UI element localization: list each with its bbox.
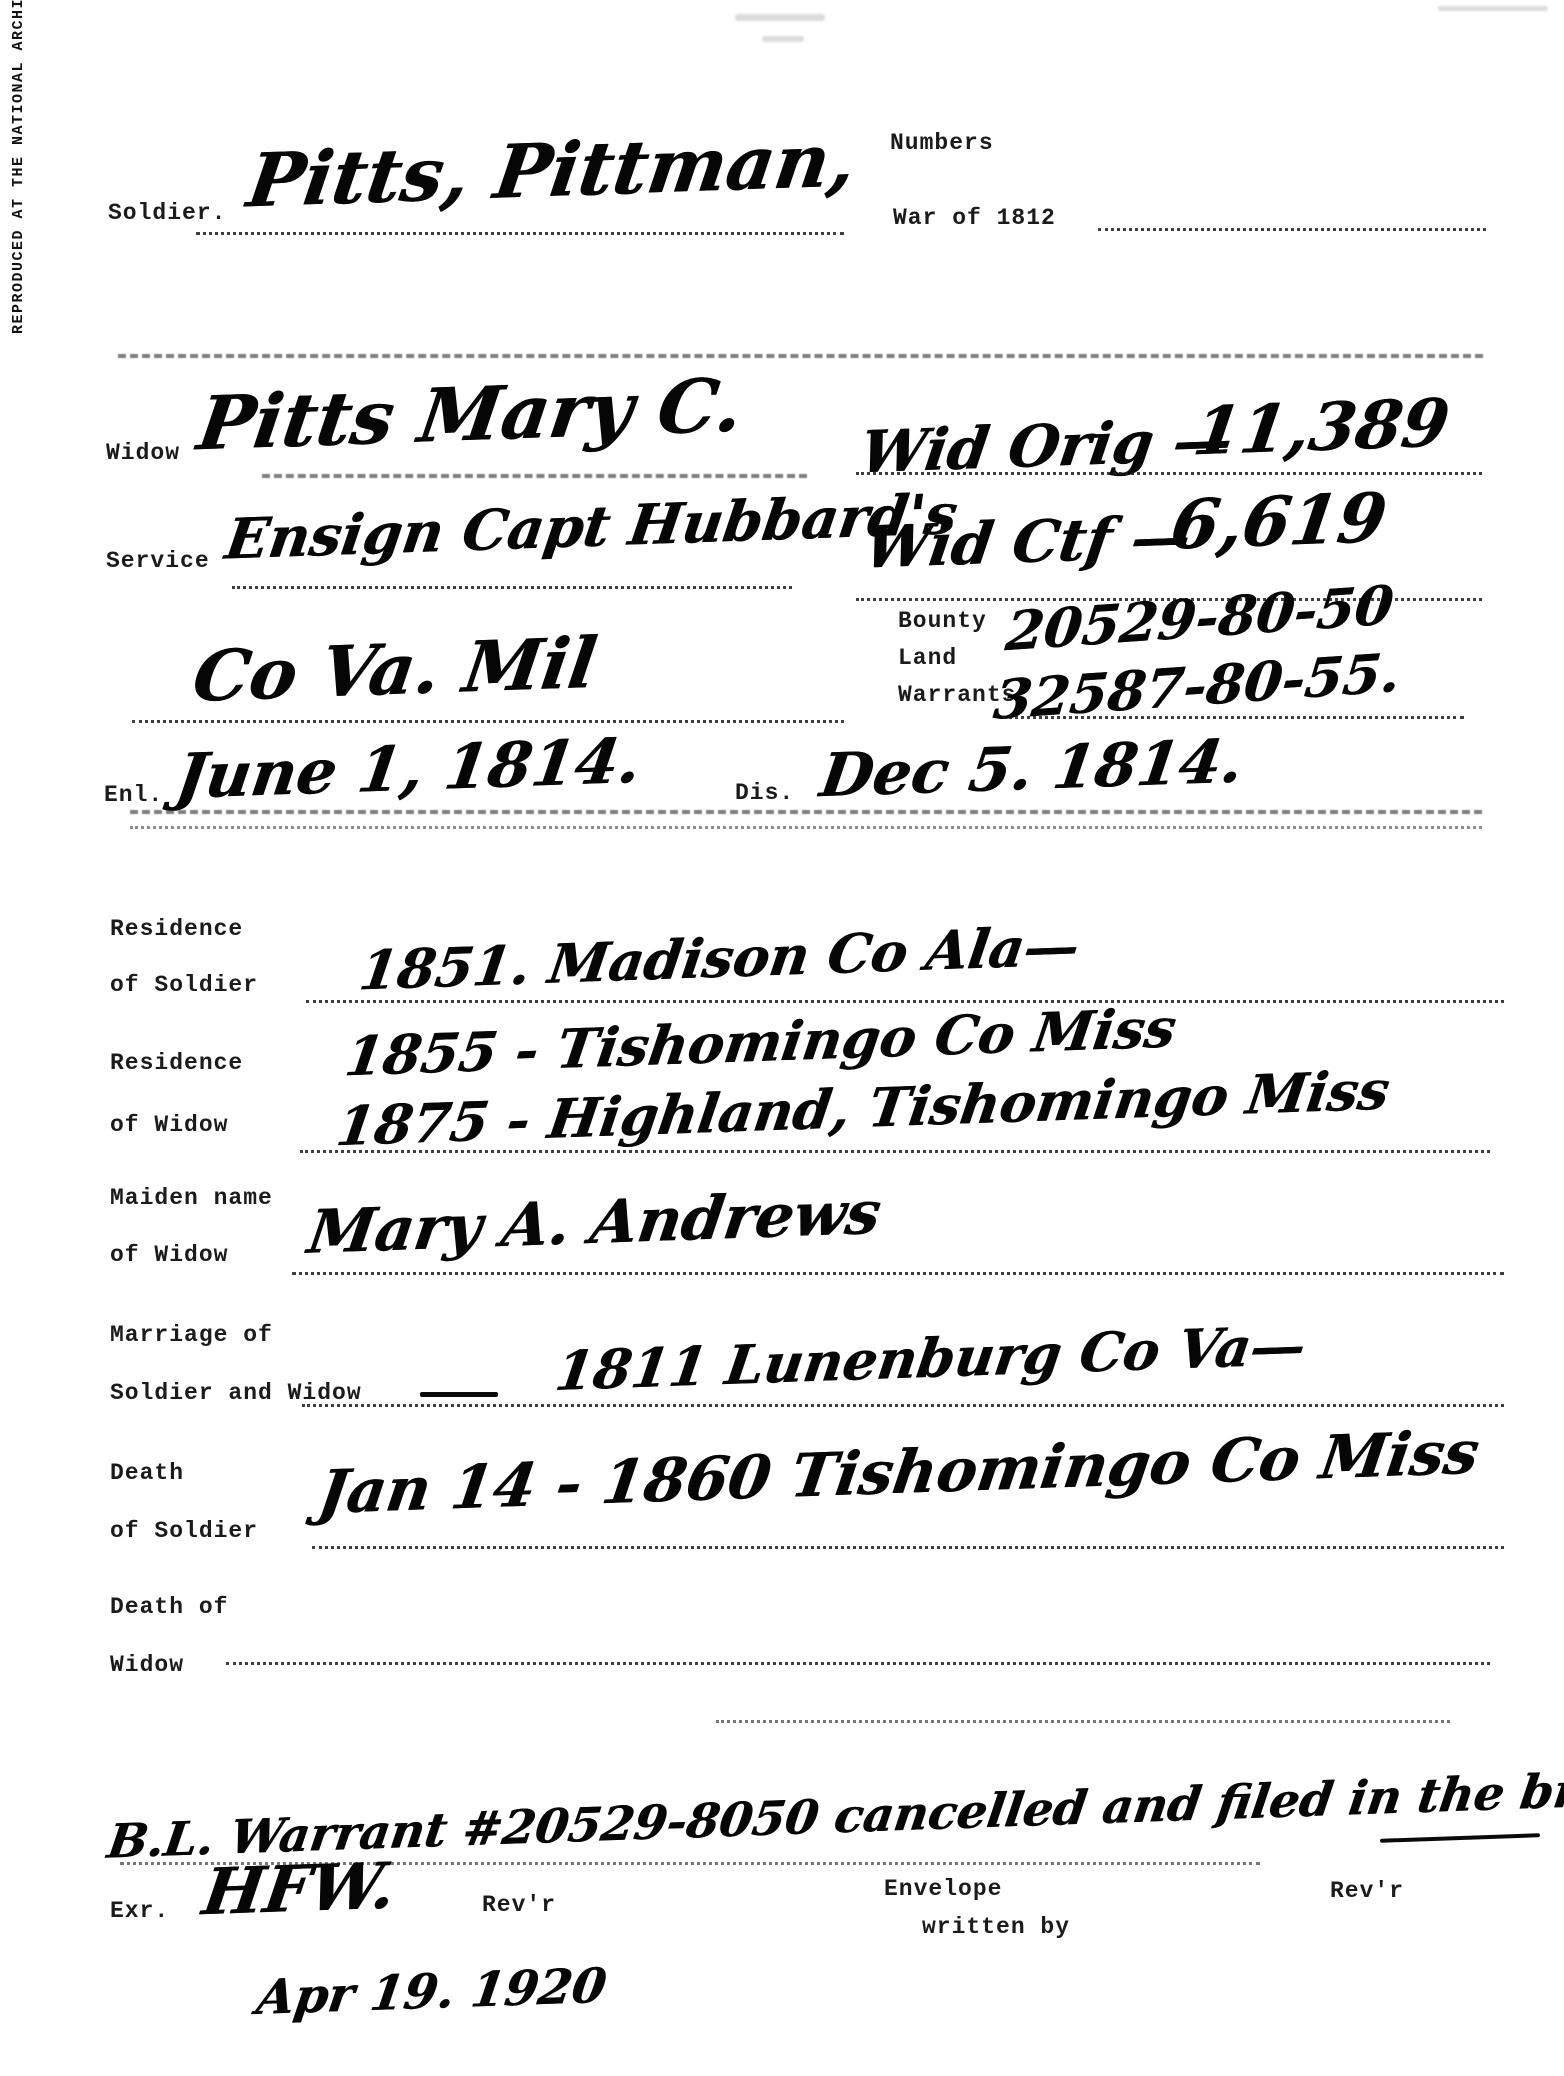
service-value-line1: Ensign Capt Hubbard's	[221, 481, 961, 572]
exr-initials-value: HFW.	[198, 1849, 400, 1931]
envelope-label-line1: Envelope	[884, 1876, 1002, 1902]
revr-label-right: Rev'r	[1330, 1878, 1404, 1904]
death-soldier-label-line1: Death	[110, 1460, 184, 1486]
enl-value: June 1, 1814.	[172, 724, 646, 813]
death-soldier-value: Jan 14 - 1860 Tishomingo Co Miss	[314, 1418, 1483, 1528]
maiden-name-value: Mary A. Andrews	[303, 1178, 884, 1268]
dotted-line	[292, 1272, 1504, 1275]
dotted-line	[196, 232, 844, 235]
dashed-rule	[130, 810, 1482, 814]
dashed-rule	[118, 354, 1483, 358]
dotted-line	[1098, 228, 1486, 231]
wid-orig-value: 11,389	[1189, 384, 1454, 471]
dotted-line	[1002, 716, 1464, 719]
scan-smudge	[1438, 6, 1548, 11]
soldier-name-value: Pitts, Pittman,	[242, 117, 861, 224]
dotted-line	[132, 720, 844, 723]
dashed-rule	[262, 474, 807, 478]
pension-index-card: REPRODUCED AT THE NATIONAL ARCHIV Soldie…	[0, 0, 1564, 2076]
dis-value: Dec 5. 1814.	[816, 727, 1247, 812]
war-of-1812-label: War of 1812	[893, 205, 1056, 231]
enl-label: Enl.	[104, 782, 163, 808]
dis-label: Dis.	[735, 780, 794, 806]
envelope-label-line2: written by	[922, 1914, 1070, 1940]
service-label: Service	[106, 548, 210, 574]
handwritten-dash	[1380, 1833, 1540, 1843]
maiden-name-label-line1: Maiden name	[110, 1185, 273, 1211]
dotted-line	[300, 1150, 1490, 1153]
residence-soldier-label-line2: of Soldier	[110, 972, 258, 998]
dotted-line	[232, 586, 792, 589]
wid-ctf-value: 6,619	[1166, 478, 1391, 565]
marriage-label-line2: Soldier and Widow	[110, 1380, 362, 1406]
dotted-line	[716, 1720, 1450, 1723]
dotted-line	[226, 1662, 1490, 1665]
residence-soldier-value: 1851. Madison Co Ala—	[355, 914, 1083, 1003]
handwritten-dash	[420, 1392, 498, 1397]
residence-widow-label-line1: Residence	[110, 1050, 243, 1076]
death-widow-label-line2: Widow	[110, 1652, 184, 1678]
wid-ctf-label: Wid Ctf —	[860, 502, 1194, 581]
scan-smudge	[762, 36, 804, 42]
residence-widow-label-line2: of Widow	[110, 1112, 228, 1138]
dotted-line	[302, 1404, 1504, 1407]
bounty-label-line1: Bounty	[898, 608, 987, 634]
national-archives-stamp: REPRODUCED AT THE NATIONAL ARCHIV	[10, 4, 27, 334]
revr-label: Rev'r	[482, 1892, 556, 1918]
marriage-value: 1811 Lunenburg Co Va—	[551, 1313, 1309, 1403]
death-soldier-label-line2: of Soldier	[110, 1518, 258, 1544]
residence-soldier-label-line1: Residence	[110, 916, 243, 942]
service-value-line2: Co Va. Mil	[188, 621, 601, 718]
soldier-label: Soldier.	[108, 200, 226, 226]
dotted-line	[306, 1000, 1504, 1003]
dotted-line	[856, 472, 1482, 475]
exr-date-value: Apr 19. 1920	[253, 1958, 609, 2026]
dotted-line	[130, 826, 1482, 829]
exr-label: Exr.	[110, 1898, 169, 1924]
scan-smudge	[735, 14, 825, 21]
marriage-label-line1: Marriage of	[110, 1322, 273, 1348]
dotted-line	[312, 1546, 1504, 1549]
numbers-heading: Numbers	[890, 130, 994, 156]
maiden-name-label-line2: of Widow	[110, 1242, 228, 1268]
bounty-label-line2: Land	[898, 645, 957, 671]
death-widow-label-line1: Death of	[110, 1594, 228, 1620]
widow-label: Widow	[106, 440, 180, 466]
widow-name-value: Pitts Mary C.	[192, 363, 748, 468]
